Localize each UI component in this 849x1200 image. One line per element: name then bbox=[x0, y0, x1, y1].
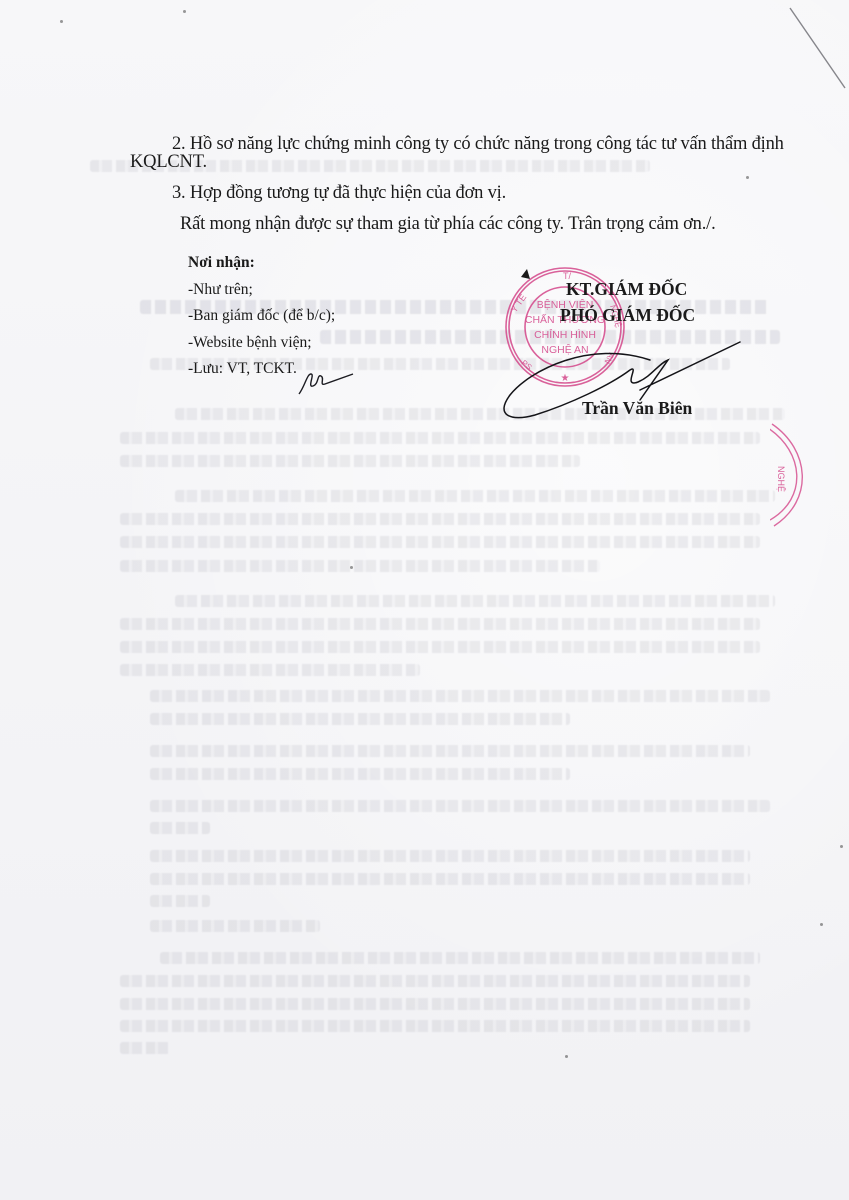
speck bbox=[840, 845, 843, 848]
recipient-item: -Như trên; bbox=[188, 277, 335, 304]
initials-mark bbox=[295, 366, 355, 396]
scratch-mark bbox=[770, 0, 849, 100]
paper-background bbox=[0, 0, 849, 1200]
speck bbox=[820, 923, 823, 926]
speck bbox=[60, 20, 63, 23]
signer-role-line-1: KT.GIÁM ĐỐC bbox=[560, 276, 760, 302]
item-2-line-1: 2. Hồ sơ năng lực chứng minh công ty có … bbox=[172, 134, 784, 155]
stamp-bleed-mark: NGHỆ bbox=[770, 420, 830, 530]
closing-sentence: Rất mong nhận được sự tham gia từ phía c… bbox=[180, 214, 716, 235]
speck bbox=[565, 1055, 568, 1058]
recipient-item: -Website bệnh viện; bbox=[188, 330, 335, 357]
item-3: 3. Hợp đồng tương tự đã thực hiện của đơ… bbox=[172, 183, 506, 204]
recipients-heading: Nơi nhận: bbox=[188, 250, 335, 277]
speck bbox=[746, 176, 749, 179]
signer-name: Trần Văn Biên bbox=[582, 398, 692, 419]
recipient-item: -Ban giám đốc (để b/c); bbox=[188, 303, 335, 330]
item-2-line-2: KQLCNT. bbox=[130, 152, 207, 173]
speck bbox=[350, 566, 353, 569]
speck bbox=[183, 10, 186, 13]
recipients-block: Nơi nhận: -Như trên; -Ban giám đốc (để b… bbox=[188, 250, 335, 383]
svg-text:NGHỆ: NGHỆ bbox=[776, 466, 786, 492]
